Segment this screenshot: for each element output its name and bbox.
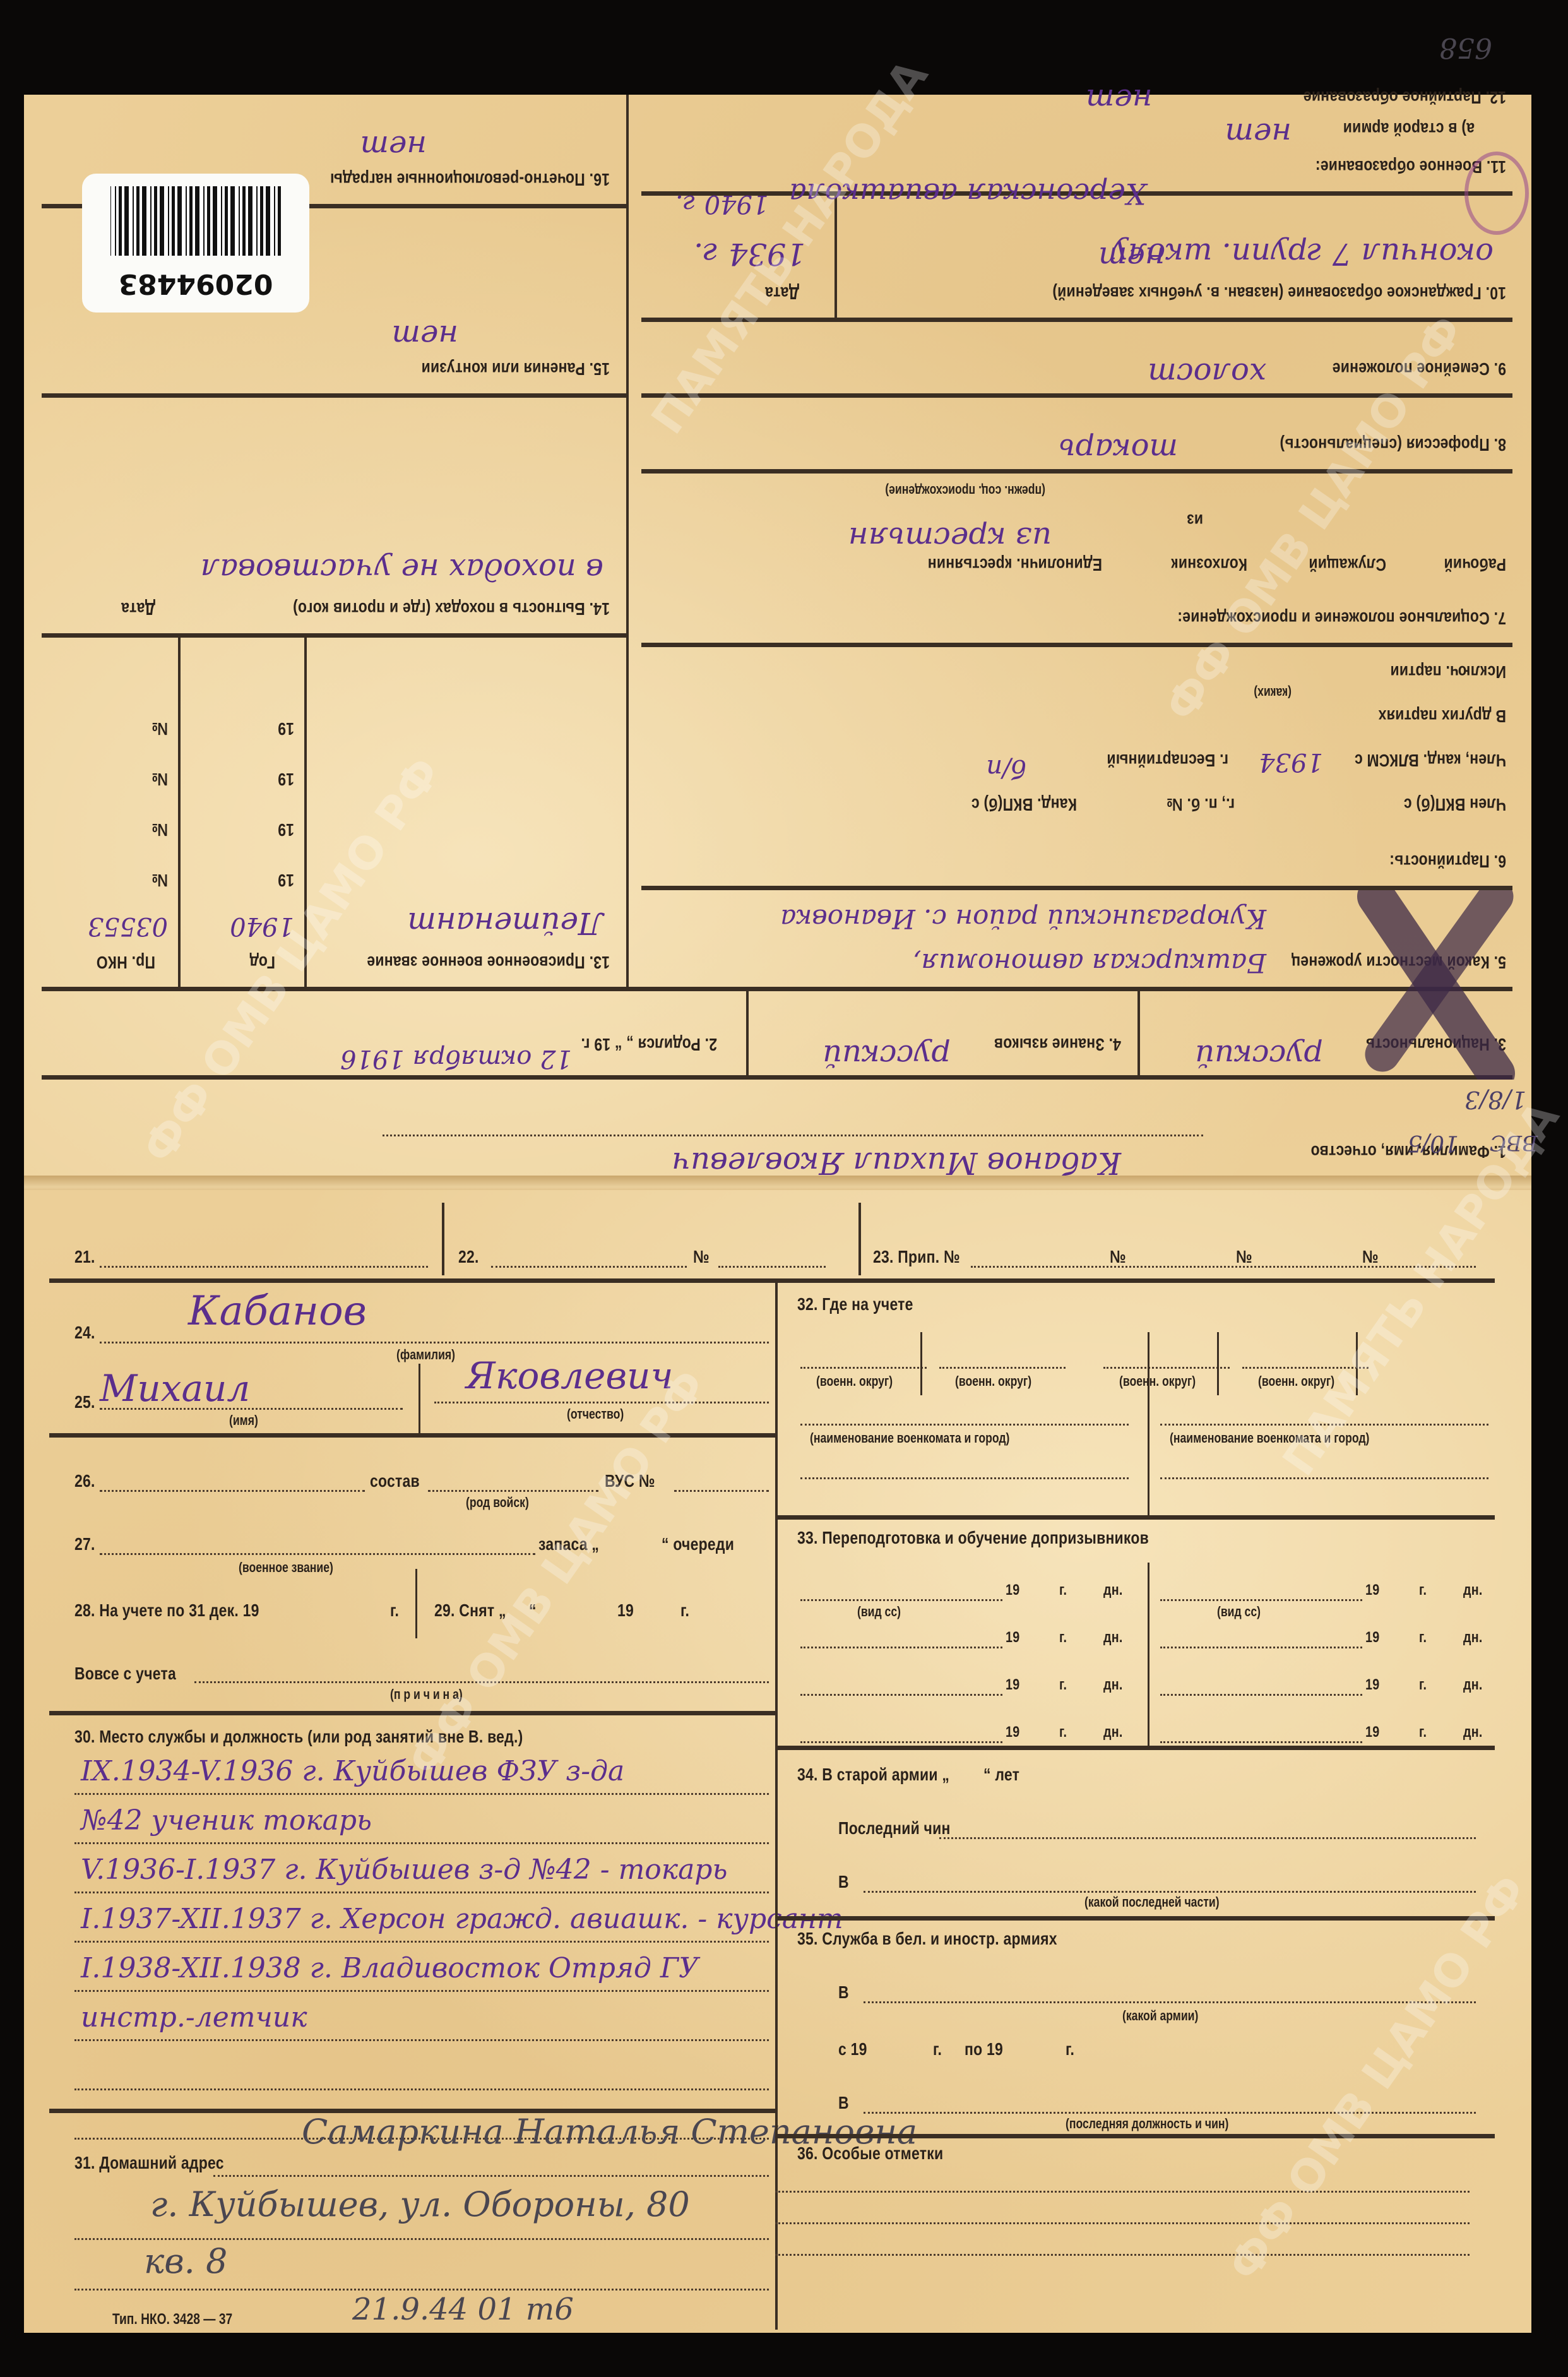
- field-23-label: 23. Прип. №: [873, 1247, 960, 1267]
- training-days: дн.: [1103, 1629, 1123, 1647]
- military-school-value: Херсонская авиашкола: [789, 177, 1146, 211]
- divider: [641, 886, 1512, 890]
- non-party-value: б/п: [986, 754, 1026, 783]
- divider: [442, 1203, 444, 1275]
- margin-note: 1/8/3: [1464, 1086, 1526, 1114]
- field-22-line: [491, 1266, 687, 1268]
- first-name-sub: (имя): [229, 1412, 258, 1429]
- field-4-value: русский: [823, 1038, 951, 1073]
- field-15-label: 15. Ранения или контузии: [421, 359, 610, 379]
- other-parties-sub: (каких): [1254, 684, 1292, 701]
- no-mark: №: [151, 769, 168, 789]
- field-23-no: №: [1362, 1247, 1379, 1267]
- origin-sub: (прежн. соц. происхождение): [885, 482, 1045, 499]
- training-line: [800, 1599, 1002, 1601]
- field-29-year: 19: [617, 1600, 634, 1621]
- service-entry: I.1938-XII.1938 г. Владивосток Отряд ГУ: [81, 1952, 699, 1984]
- field-7-label: 7. Социальное положение и происхождение:: [1177, 608, 1506, 628]
- divider: [775, 1916, 1495, 1921]
- field-2-label: 2. Родился „ “ 19 г.: [581, 1034, 717, 1054]
- divider: [1356, 1332, 1358, 1395]
- non-party-label: г. Беспартийный: [1107, 750, 1228, 770]
- office-sub: (наименование военкомата и город): [810, 1430, 1009, 1446]
- divider: [858, 1203, 861, 1275]
- social-option-collective: Колхозник: [1171, 554, 1247, 575]
- field-30-label: 30. Место службы и должность (или род за…: [74, 1727, 523, 1747]
- vus-line: [674, 1490, 769, 1492]
- surname-sub: (фамилия): [396, 1347, 455, 1363]
- divider: [775, 1515, 1495, 1520]
- service-line: [74, 1891, 769, 1893]
- training-sub: (вид сс): [1217, 1604, 1261, 1620]
- service-entry: IX.1934-V.1936 г. Куйбышев ФЗУ з-да: [81, 1755, 624, 1787]
- field-9-value: холост: [1148, 356, 1266, 391]
- training-year: 19: [1006, 1724, 1019, 1741]
- foreign-from-end: г.: [933, 2039, 942, 2059]
- service-line: [74, 1990, 769, 1992]
- training-line: [1160, 1599, 1362, 1601]
- training-year: 19: [1365, 1676, 1379, 1694]
- foreign-from: с 19: [838, 2039, 867, 2059]
- divider: [626, 95, 629, 991]
- training-line: [800, 1647, 1002, 1648]
- field-29-label: 29. Снят „: [434, 1600, 506, 1621]
- field-28-end: г.: [390, 1600, 399, 1621]
- divider: [42, 1075, 1512, 1080]
- field-16-label: 16. Почетно-революционные награды: [330, 169, 610, 189]
- training-days: дн.: [1463, 1629, 1483, 1647]
- divider: [641, 318, 1512, 322]
- divider: [641, 469, 1512, 474]
- social-option-employee: Служащий: [1309, 554, 1386, 575]
- field-29-end: г.: [680, 1600, 689, 1621]
- vlksm-year: 1934: [1259, 748, 1323, 777]
- composition-line: [428, 1490, 598, 1492]
- address-line-rule: [74, 2238, 769, 2240]
- rank-sub: (военное звание): [239, 1559, 333, 1576]
- surname-line: [100, 1342, 769, 1343]
- service-line: [74, 1941, 769, 1943]
- foreign-to-end: г.: [1066, 2039, 1074, 2059]
- field-21-label: 21.: [74, 1247, 95, 1267]
- field-4-label: 4. Знание языков: [994, 1034, 1121, 1054]
- district-line: [939, 1367, 1066, 1369]
- field-6-label: 6. Партийность:: [1389, 851, 1506, 871]
- last-rank-line: [939, 1837, 1476, 1839]
- lower-page: 21. 22. № 23. Прип. № № № № Кабанов 24. …: [24, 1190, 1531, 2333]
- print-info: Тип. НКО. 3428 — 37: [112, 2311, 232, 2328]
- divider: [775, 1278, 778, 2330]
- field-22-label: 22.: [458, 1247, 479, 1267]
- education-date: 1934 г.: [694, 236, 805, 271]
- district-line: [1103, 1367, 1230, 1369]
- date-header: Дата: [765, 283, 799, 303]
- year-row: 19: [278, 870, 294, 890]
- divider: [304, 638, 307, 991]
- field-2-value: 12 октября 1916: [340, 1044, 572, 1073]
- year-row: 19: [278, 819, 294, 840]
- no-mark: №: [151, 870, 168, 890]
- divider: [49, 1433, 775, 1438]
- office-sub: (наименование военкомата и город): [1170, 1430, 1369, 1446]
- divider: [1148, 1332, 1149, 1515]
- rank-order-value: 03553: [88, 912, 168, 941]
- corner-number: 658: [1439, 32, 1492, 64]
- year-row: 19: [278, 769, 294, 789]
- training-y: г.: [1419, 1676, 1427, 1694]
- social-option-worker: Рабочий: [1444, 554, 1506, 575]
- last-rank-label: Последний чин: [838, 1818, 951, 1838]
- old-army-label: а) в старой армии: [1343, 119, 1475, 139]
- social-option-peasant: Единоличн. крестьянин: [927, 554, 1102, 575]
- no-mark: №: [151, 819, 168, 840]
- removed-line: [194, 1681, 769, 1683]
- divider: [775, 1746, 1495, 1750]
- surname-value: Кабанов: [188, 1288, 367, 1335]
- divider: [1217, 1332, 1219, 1395]
- vkpb-member-label: Член ВКП(б) с: [1404, 794, 1506, 814]
- field-16-value: нет: [360, 129, 427, 164]
- vkpb-card-label: г., п. б. №: [1167, 794, 1235, 814]
- field-10-value: окончил 7 групп. школу: [1110, 236, 1494, 271]
- round-stamp: [1464, 152, 1529, 235]
- old-army-unit-line: [864, 1891, 1476, 1893]
- field-23-no: №: [1236, 1247, 1252, 1267]
- divider: [49, 1278, 1495, 1283]
- training-year: 19: [1006, 1629, 1019, 1647]
- field-23-no: №: [1110, 1247, 1126, 1267]
- field-25-label: 25.: [74, 1392, 95, 1412]
- district-line: [800, 1367, 927, 1369]
- foreign-pos-sub: (последняя должность и чин): [1066, 2116, 1228, 2132]
- address-line: кв. 8: [144, 2241, 227, 2281]
- field-33-label: 33. Переподготовка и обучение допризывни…: [797, 1528, 1149, 1548]
- excluded-label: Исключ. партии: [1390, 662, 1506, 682]
- origin-from-label: из: [1187, 510, 1203, 530]
- vlksm-label: Член, канд. ВЛКСМ с: [1355, 750, 1506, 770]
- service-entry: V.1936-I.1937 г. Куйбышев з-д №42 - тока…: [81, 1854, 727, 1886]
- barcode-icon: [110, 186, 281, 256]
- field-29-mid: “: [529, 1600, 537, 1621]
- other-parties-label: В других партиях: [1378, 706, 1506, 726]
- rank-line: [100, 1553, 535, 1555]
- year-row: 19: [278, 718, 294, 739]
- patronymic-line: [434, 1402, 769, 1403]
- rank-year-value: 1940: [230, 912, 294, 941]
- address-line-rule: [74, 2289, 769, 2291]
- service-line: [74, 2039, 769, 2041]
- rank-year-header: Год: [249, 952, 275, 972]
- divider: [1137, 991, 1140, 1080]
- divider: [419, 1364, 420, 1433]
- cross-mark: [1357, 890, 1515, 1080]
- field-22-no-line: [718, 1266, 826, 1268]
- training-line: [1160, 1647, 1362, 1648]
- divider: [834, 196, 837, 322]
- campaign-date-header: Дата: [121, 599, 155, 619]
- training-y: г.: [1059, 1629, 1067, 1647]
- reserve-label: запаса „: [538, 1534, 599, 1554]
- training-y: г.: [1059, 1582, 1067, 1599]
- training-year: 19: [1365, 1582, 1379, 1599]
- no-mark: №: [151, 718, 168, 739]
- field-13-value: Лейтенант: [407, 905, 603, 941]
- military-school-date: 1940 г.: [675, 189, 768, 218]
- divider: [775, 2134, 1495, 2138]
- training-line: [800, 1694, 1002, 1696]
- field-1-line: [383, 1135, 1203, 1136]
- foreign-to: по 19: [965, 2039, 1003, 2059]
- field-15-value: нет: [391, 318, 458, 354]
- office-line: [800, 1477, 1129, 1479]
- notes-line: [775, 2222, 1470, 2224]
- office-line: [1160, 1477, 1488, 1479]
- field-27-label: 27.: [74, 1534, 95, 1554]
- old-army-value: нет: [1225, 116, 1292, 152]
- footer-note: 21.9.44 01 т6: [352, 2292, 574, 2327]
- field-24-label: 24.: [74, 1323, 95, 1343]
- field-8-label: 8. Профессия (специальность): [1280, 434, 1506, 455]
- training-year: 19: [1365, 1629, 1379, 1647]
- divider: [746, 991, 749, 1080]
- notes-line: [775, 2254, 1470, 2256]
- margin-note: ВВС: [1490, 1130, 1538, 1155]
- foreign-army-sub: (какой армии): [1122, 2008, 1198, 2024]
- training-y: г.: [1059, 1676, 1067, 1694]
- field-12-label: 12. Партийное образование: [1304, 87, 1506, 107]
- field-9-label: 9. Семейное положение: [1333, 359, 1506, 379]
- district-sub: (военн. округ): [1258, 1373, 1334, 1390]
- training-sub: (вид сс): [857, 1604, 901, 1620]
- training-y: г.: [1059, 1724, 1067, 1741]
- training-days: дн.: [1463, 1724, 1483, 1741]
- field-3-value: русский: [1195, 1038, 1323, 1073]
- training-year: 19: [1006, 1676, 1019, 1694]
- district-sub: (военн. округ): [1119, 1373, 1196, 1390]
- training-line: [1160, 1741, 1362, 1743]
- field-8-value: токарь: [1059, 432, 1178, 467]
- foreign-pos-line: [864, 2112, 1476, 2114]
- red-army-value: нет: [1098, 240, 1165, 275]
- divider: [49, 1711, 775, 1715]
- field-14-label: 14. Бытность в походах (где и против ког…: [293, 599, 610, 619]
- first-name-value: Михаил: [100, 1367, 250, 1410]
- office-line: [1160, 1424, 1488, 1426]
- archive-barcode-label: 02094483: [82, 174, 309, 313]
- removed-sub: (п р и ч и н а): [390, 1686, 463, 1703]
- training-y: г.: [1419, 1629, 1427, 1647]
- origin-value: из крестьян: [848, 520, 1052, 556]
- address-line: г. Куйбышев, ул. Обороны, 80: [150, 2184, 690, 2224]
- foreign-army-line: [864, 2001, 1476, 2003]
- rank-order-header: Пр. НКО: [97, 952, 155, 972]
- divider: [920, 1332, 922, 1395]
- notes-line: [775, 2191, 1470, 2193]
- composition-label: состав: [370, 1471, 420, 1491]
- field-28-label: 28. На учете по 31 дек. 19: [74, 1600, 259, 1621]
- training-days: дн.: [1463, 1676, 1483, 1694]
- first-name-line: [100, 1408, 403, 1410]
- old-army-unit-sub: (какой последней части): [1084, 1894, 1220, 1910]
- training-year: 19: [1365, 1724, 1379, 1741]
- service-line: [74, 2088, 769, 2090]
- field-26-line: [100, 1490, 365, 1492]
- divider: [641, 393, 1512, 398]
- field-26-label: 26.: [74, 1471, 95, 1491]
- office-line: [800, 1424, 1129, 1426]
- divider: [641, 643, 1512, 647]
- address-line-rule: [213, 2175, 769, 2177]
- field-10-label: 10. Гражданское образование (назван. в. …: [1052, 283, 1506, 303]
- training-days: дн.: [1103, 1676, 1123, 1694]
- training-line: [800, 1741, 1002, 1743]
- service-entry: инстр.-летчик: [81, 2001, 307, 2034]
- field-5-value: Башкирская автономия, Куюргазинский райо…: [749, 897, 1266, 985]
- service-line: [74, 1842, 769, 1844]
- field-12-value: нет: [1086, 82, 1153, 117]
- margin-note: 10/5: [1408, 1130, 1459, 1156]
- field-35-label: 35. Служба в бел. и иностр. армиях: [797, 1929, 1057, 1949]
- field-31-label: 31. Домашний адрес: [74, 2153, 224, 2173]
- field-22-no: №: [693, 1247, 710, 1267]
- field-14-value: в походах не участвовал: [201, 552, 603, 587]
- training-days: дн.: [1103, 1724, 1123, 1741]
- removed-label: Вовсе с учета: [74, 1664, 176, 1684]
- vkpb-candidate-label: Канд. ВКП(б) с: [971, 794, 1077, 814]
- queue-label: “ очереди: [662, 1534, 734, 1554]
- training-year: 19: [1006, 1582, 1019, 1599]
- patronymic-sub: (отчество): [567, 1406, 624, 1422]
- service-entry: I.1937-XII.1937 г. Херсон гражд. авиашк.…: [81, 1903, 843, 1935]
- field-23-line: [971, 1266, 1476, 1268]
- foreign-pos-label: В: [838, 2093, 849, 2113]
- training-days: дн.: [1463, 1582, 1483, 1599]
- service-entry: №42 ученик токарь: [81, 1804, 372, 1837]
- divider: [42, 393, 629, 398]
- vus-label: ВУС №: [605, 1471, 655, 1491]
- field-21-line: [100, 1266, 428, 1268]
- divider: [42, 987, 1512, 991]
- patronymic-value: Яковлевич: [466, 1354, 674, 1397]
- district-sub: (военн. округ): [816, 1373, 893, 1390]
- training-days: дн.: [1103, 1582, 1123, 1599]
- divider: [415, 1569, 417, 1638]
- divider: [178, 638, 181, 991]
- district-sub: (военн. округ): [955, 1373, 1031, 1390]
- field-36-label: 36. Особые отметки: [797, 2143, 943, 2164]
- training-y: г.: [1419, 1724, 1427, 1741]
- training-line: [1160, 1694, 1362, 1696]
- foreign-army-label: В: [838, 1982, 849, 2003]
- field-13-label: 13. Присвоенное военное звание: [367, 952, 610, 972]
- old-army-years: “ лет: [983, 1765, 1019, 1785]
- divider: [42, 633, 629, 638]
- service-line: [74, 1793, 769, 1795]
- divider: [1148, 1563, 1149, 1746]
- old-army-unit-label: В: [838, 1872, 849, 1892]
- field-34-label: 34. В старой армии „: [797, 1765, 949, 1785]
- field-32-label: 32. Где на учете: [797, 1294, 913, 1314]
- service-branch-sub: (род войск): [466, 1494, 529, 1511]
- district-line: [1242, 1367, 1369, 1369]
- barcode-number: 02094483: [82, 268, 309, 300]
- training-y: г.: [1419, 1582, 1427, 1599]
